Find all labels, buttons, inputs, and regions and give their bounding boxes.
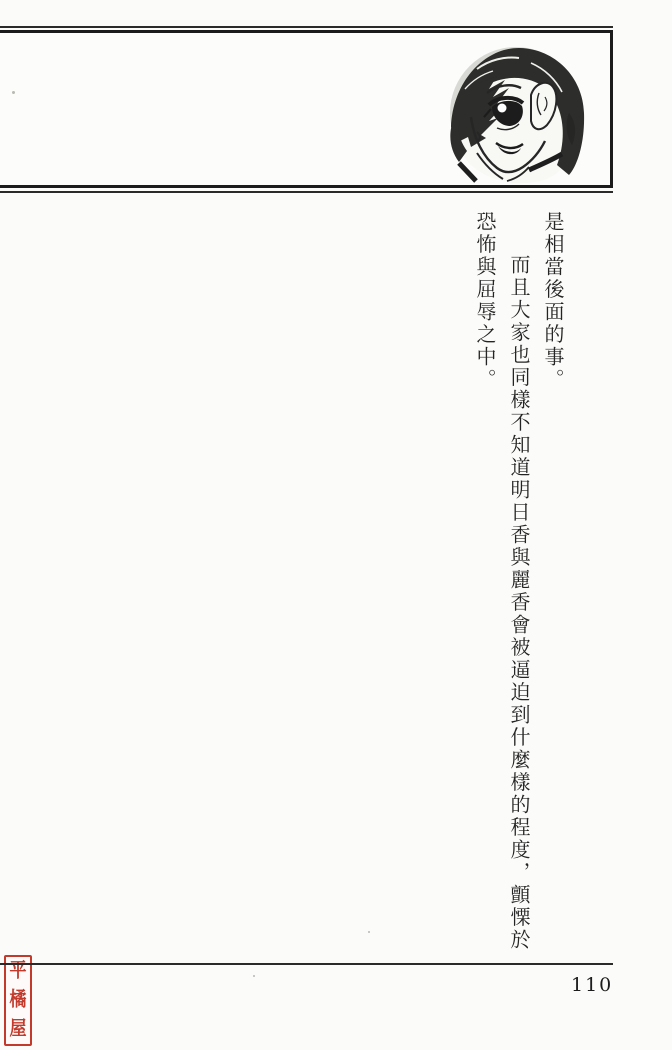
scan-speckle (12, 91, 15, 94)
footer-rule (0, 963, 613, 965)
panel-bottom-rule (0, 191, 613, 193)
narration-line: 是相當後面的事。 (536, 211, 570, 991)
stamp-character: 屋 (10, 1020, 27, 1040)
narration-line: 恐怖與屈辱之中。 (468, 211, 502, 991)
character-face-illustration (0, 33, 610, 185)
scan-speckle (253, 975, 255, 977)
red-seal-stamp: 平 橘 屋 (4, 955, 32, 1046)
manga-page: 是相當後面的事。 而且大家也同樣不知道明日香與麗香會被逼迫到什麼樣的程度，顫慄於… (0, 0, 672, 1050)
manga-panel (0, 30, 613, 188)
narration-line: 而且大家也同樣不知道明日香與麗香會被逼迫到什麼樣的程度，顫慄於 (502, 211, 536, 991)
top-rule (0, 26, 613, 28)
scan-speckle (368, 931, 370, 933)
page-number: 110 (571, 974, 613, 996)
stamp-character: 橘 (10, 991, 27, 1011)
narration-text: 是相當後面的事。 而且大家也同樣不知道明日香與麗香會被逼迫到什麼樣的程度，顫慄於… (468, 211, 570, 991)
